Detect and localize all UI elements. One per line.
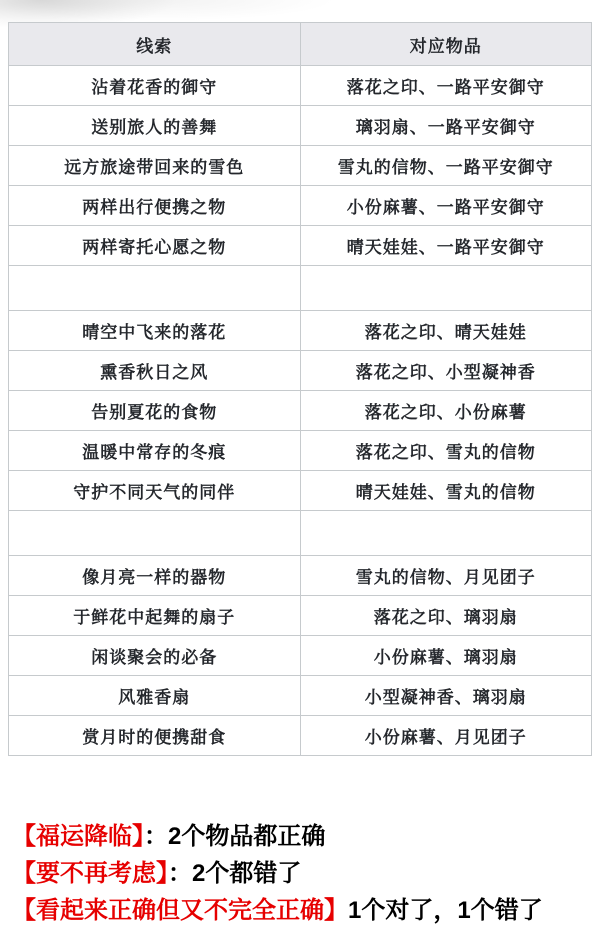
items-cell: 落花之印、一路平安御守 (300, 66, 592, 106)
items-cell: 小型凝神香、璃羽扇 (300, 676, 592, 716)
legend-text: 1个对了，1个错了 (348, 897, 543, 924)
clue-cell: 熏香秋日之风 (9, 351, 301, 391)
clue-cell: 沾着花香的御守 (9, 66, 301, 106)
table-row-empty (9, 266, 592, 311)
legend-tag: 【要不再考虑】 (12, 860, 168, 887)
clue-cell: 闲谈聚会的必备 (9, 636, 301, 676)
items-cell: 小份麻薯、月见团子 (300, 716, 592, 756)
items-cell: 璃羽扇、一路平安御守 (300, 106, 592, 146)
table-row: 闲谈聚会的必备 小份麻薯、璃羽扇 (9, 636, 592, 676)
table-row: 守护不同天气的同伴 晴天娃娃、雪丸的信物 (9, 471, 592, 511)
table-row: 两样寄托心愿之物 晴天娃娃、一路平安御守 (9, 226, 592, 266)
table-row-empty (9, 511, 592, 556)
legend-line: 【要不再考虑】：2个都错了 (12, 855, 596, 892)
table-row: 像月亮一样的器物 雪丸的信物、月见团子 (9, 556, 592, 596)
items-cell: 落花之印、雪丸的信物 (300, 431, 592, 471)
clue-cell: 像月亮一样的器物 (9, 556, 301, 596)
clue-cell: 送别旅人的善舞 (9, 106, 301, 146)
table-row: 告别夏花的食物 落花之印、小份麻薯 (9, 391, 592, 431)
clue-cell: 告别夏花的食物 (9, 391, 301, 431)
table-row: 赏月时的便携甜食 小份麻薯、月见团子 (9, 716, 592, 756)
items-cell: 晴天娃娃、一路平安御守 (300, 226, 592, 266)
items-cell (300, 511, 592, 556)
result-legend: 【福运降临】：2个物品都正确 【要不再考虑】：2个都错了 【看起来正确但又不完全… (12, 818, 596, 929)
clue-cell: 风雅香扇 (9, 676, 301, 716)
table-row: 沾着花香的御守 落花之印、一路平安御守 (9, 66, 592, 106)
table-row: 远方旅途带回来的雪色 雪丸的信物、一路平安御守 (9, 146, 592, 186)
clue-cell: 赏月时的便携甜食 (9, 716, 301, 756)
items-cell: 落花之印、小份麻薯 (300, 391, 592, 431)
items-cell: 小份麻薯、璃羽扇 (300, 636, 592, 676)
items-cell: 晴天娃娃、雪丸的信物 (300, 471, 592, 511)
legend-text: ：2个物品都正确 (144, 823, 325, 850)
items-cell (300, 266, 592, 311)
clue-cell: 于鲜花中起舞的扇子 (9, 596, 301, 636)
legend-line: 【福运降临】：2个物品都正确 (12, 818, 596, 855)
clue-cell: 守护不同天气的同伴 (9, 471, 301, 511)
table-row: 熏香秋日之风 落花之印、小型凝神香 (9, 351, 592, 391)
clue-items-table: 线索 对应物品 沾着花香的御守 落花之印、一路平安御守 送别旅人的善舞 璃羽扇、… (8, 22, 592, 756)
clue-cell: 两样寄托心愿之物 (9, 226, 301, 266)
clue-cell: 晴空中飞来的落花 (9, 311, 301, 351)
clue-cell (9, 266, 301, 311)
items-cell: 雪丸的信物、一路平安御守 (300, 146, 592, 186)
clue-cell: 温暖中常存的冬痕 (9, 431, 301, 471)
items-cell: 小份麻薯、一路平安御守 (300, 186, 592, 226)
legend-line: 【看起来正确但又不完全正确】1个对了，1个错了 (12, 892, 596, 929)
table-row: 风雅香扇 小型凝神香、璃羽扇 (9, 676, 592, 716)
table-row: 送别旅人的善舞 璃羽扇、一路平安御守 (9, 106, 592, 146)
clue-cell: 两样出行便携之物 (9, 186, 301, 226)
clue-cell: 远方旅途带回来的雪色 (9, 146, 301, 186)
legend-tag: 【福运降临】 (12, 823, 144, 850)
table-row: 两样出行便携之物 小份麻薯、一路平安御守 (9, 186, 592, 226)
header-clue: 线索 (9, 23, 301, 66)
table-row: 于鲜花中起舞的扇子 落花之印、璃羽扇 (9, 596, 592, 636)
table-row: 温暖中常存的冬痕 落花之印、雪丸的信物 (9, 431, 592, 471)
table-row: 晴空中飞来的落花 落花之印、晴天娃娃 (9, 311, 592, 351)
items-cell: 落花之印、晴天娃娃 (300, 311, 592, 351)
table-header-row: 线索 对应物品 (9, 23, 592, 66)
items-cell: 雪丸的信物、月见团子 (300, 556, 592, 596)
clue-cell (9, 511, 301, 556)
legend-text: ：2个都错了 (168, 860, 301, 887)
items-cell: 落花之印、小型凝神香 (300, 351, 592, 391)
header-items: 对应物品 (300, 23, 592, 66)
legend-tag: 【看起来正确但又不完全正确】 (12, 897, 348, 924)
items-cell: 落花之印、璃羽扇 (300, 596, 592, 636)
